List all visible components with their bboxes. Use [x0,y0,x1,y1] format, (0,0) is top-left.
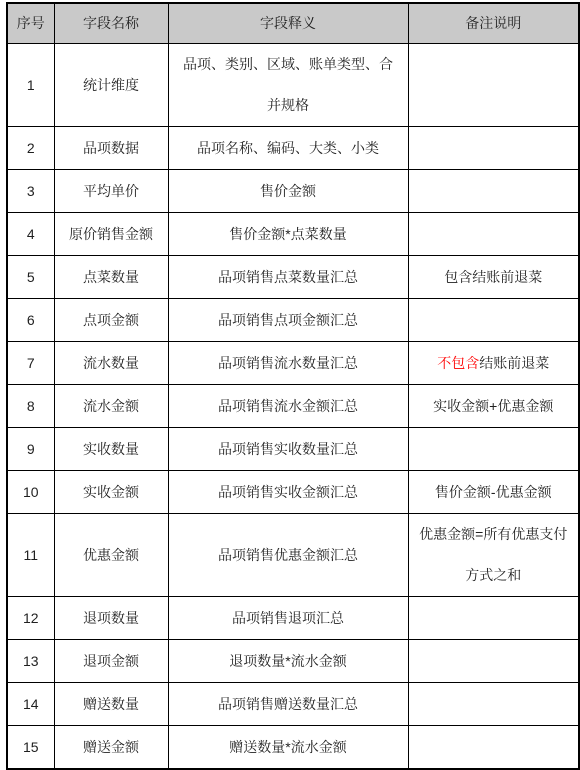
row-num-cell: 7 [7,342,54,385]
note-text: 优惠金额=所有优惠支付 方式之和 [419,526,567,583]
field-desc-cell: 品项销售点菜数量汇总 [168,256,408,299]
field-name-cell: 退项数量 [54,597,168,640]
field-name-cell: 点项金额 [54,299,168,342]
row-num-cell: 10 [7,471,54,514]
field-desc-cell: 品项销售点项金额汇总 [168,299,408,342]
table-row: 1 统计维度 品项、类别、区域、账单类型、合 并规格 [7,44,579,127]
field-definition-table: 序号 字段名称 字段释义 备注说明 1 统计维度 品项、类别、区域、账单类型、合… [6,2,580,770]
field-name-cell: 点菜数量 [54,256,168,299]
field-name-cell: 实收数量 [54,428,168,471]
note-cell [408,428,579,471]
note-cell: 优惠金额=所有优惠支付 方式之和 [408,514,579,597]
field-desc-cell: 赠送数量*流水金额 [168,726,408,770]
note-cell [408,127,579,170]
field-desc-cell: 品项销售实收金额汇总 [168,471,408,514]
row-num-cell: 4 [7,213,54,256]
note-cell [408,299,579,342]
table-row: 2 品项数据 品项名称、编码、大类、小类 [7,127,579,170]
note-cell [408,170,579,213]
table-row: 15 赠送金额 赠送数量*流水金额 [7,726,579,770]
table-header-row: 序号 字段名称 字段释义 备注说明 [7,3,579,44]
field-name-cell: 流水金额 [54,385,168,428]
note-cell: 包含结账前退菜 [408,256,579,299]
note-cell [408,726,579,770]
note-cell: 售价金额-优惠金额 [408,471,579,514]
table-row: 4 原价销售金额 售价金额*点菜数量 [7,213,579,256]
note-text: 售价金额-优惠金额 [435,484,552,500]
row-num-cell: 9 [7,428,54,471]
row-num-cell: 14 [7,683,54,726]
note-cell: 实收金额+优惠金额 [408,385,579,428]
field-desc-cell: 售价金额*点菜数量 [168,213,408,256]
note-red-text: 不包含 [437,355,479,371]
field-name-cell: 平均单价 [54,170,168,213]
header-cell-name: 字段名称 [54,3,168,44]
table-row: 12 退项数量 品项销售退项汇总 [7,597,579,640]
field-desc-cell: 品项销售流水数量汇总 [168,342,408,385]
row-num-cell: 11 [7,514,54,597]
header-cell-desc: 字段释义 [168,3,408,44]
field-name-cell: 赠送数量 [54,683,168,726]
note-cell [408,213,579,256]
note-cell: 不包含结账前退菜 [408,342,579,385]
table-row: 6 点项金额 品项销售点项金额汇总 [7,299,579,342]
table-row: 8 流水金额 品项销售流水金额汇总 实收金额+优惠金额 [7,385,579,428]
note-cell [408,640,579,683]
table-row: 9 实收数量 品项销售实收数量汇总 [7,428,579,471]
field-desc-cell: 品项销售赠送数量汇总 [168,683,408,726]
table-row: 13 退项金额 退项数量*流水金额 [7,640,579,683]
field-desc-cell: 品项销售优惠金额汇总 [168,514,408,597]
row-num-cell: 12 [7,597,54,640]
note-cell [408,683,579,726]
row-num-cell: 2 [7,127,54,170]
row-num-cell: 13 [7,640,54,683]
note-cell [408,597,579,640]
note-cell [408,44,579,127]
field-desc-cell: 品项名称、编码、大类、小类 [168,127,408,170]
field-name-cell: 流水数量 [54,342,168,385]
header-cell-num: 序号 [7,3,54,44]
table-body: 1 统计维度 品项、类别、区域、账单类型、合 并规格 2 品项数据 品项名称、编… [7,44,579,770]
table-row: 3 平均单价 售价金额 [7,170,579,213]
field-name-cell: 原价销售金额 [54,213,168,256]
field-name-cell: 赠送金额 [54,726,168,770]
row-num-cell: 3 [7,170,54,213]
header-cell-note: 备注说明 [408,3,579,44]
note-text: 包含结账前退菜 [444,269,542,285]
field-desc-cell: 品项销售实收数量汇总 [168,428,408,471]
table-header: 序号 字段名称 字段释义 备注说明 [7,3,579,44]
document-page: 序号 字段名称 字段释义 备注说明 1 统计维度 品项、类别、区域、账单类型、合… [0,0,580,770]
note-text: 实收金额+优惠金额 [433,398,553,414]
field-desc-cell: 品项、类别、区域、账单类型、合 并规格 [168,44,408,127]
field-desc-cell: 品项销售退项汇总 [168,597,408,640]
row-num-cell: 8 [7,385,54,428]
note-text: 结账前退菜 [479,355,549,371]
table-row: 10 实收金额 品项销售实收金额汇总 售价金额-优惠金额 [7,471,579,514]
row-num-cell: 1 [7,44,54,127]
field-name-cell: 品项数据 [54,127,168,170]
field-name-cell: 退项金额 [54,640,168,683]
row-num-cell: 15 [7,726,54,770]
table-row: 5 点菜数量 品项销售点菜数量汇总 包含结账前退菜 [7,256,579,299]
field-desc-cell: 品项销售流水金额汇总 [168,385,408,428]
field-desc-cell: 售价金额 [168,170,408,213]
row-num-cell: 6 [7,299,54,342]
field-name-cell: 统计维度 [54,44,168,127]
row-num-cell: 5 [7,256,54,299]
table-row: 7 流水数量 品项销售流水数量汇总 不包含结账前退菜 [7,342,579,385]
field-name-cell: 优惠金额 [54,514,168,597]
table-row: 14 赠送数量 品项销售赠送数量汇总 [7,683,579,726]
field-desc-cell: 退项数量*流水金额 [168,640,408,683]
field-name-cell: 实收金额 [54,471,168,514]
table-row: 11 优惠金额 品项销售优惠金额汇总 优惠金额=所有优惠支付 方式之和 [7,514,579,597]
